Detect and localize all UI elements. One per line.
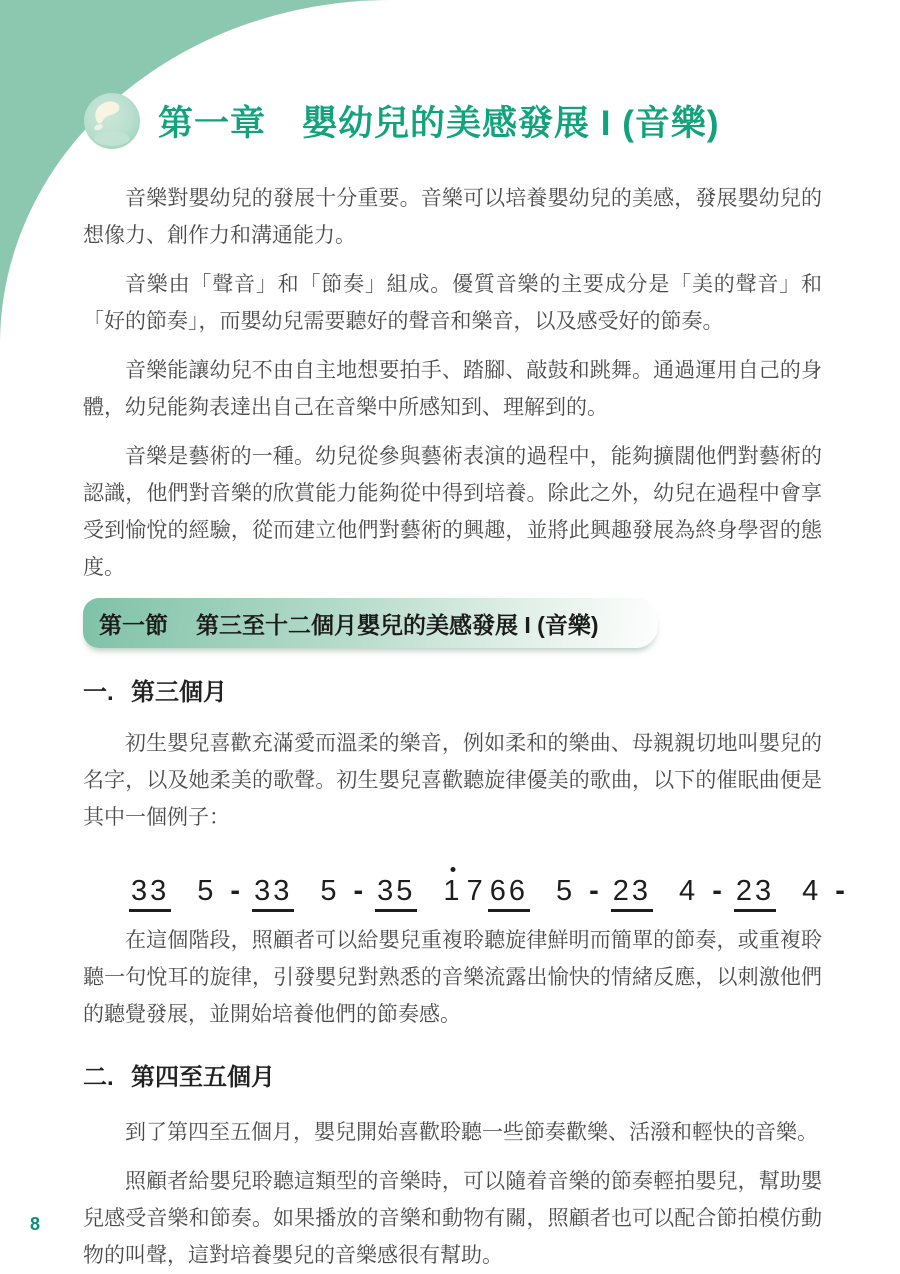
intro-paragraph: 音樂對嬰幼兒的發展十分重要。音樂可以培養嬰幼兒的美感，發展嬰幼兒的想像力、創作力… [83,180,822,254]
score-note: 33 [129,877,171,912]
page-number: 8 [30,1214,40,1235]
section-label: 第一節 [99,607,168,640]
page-root: { "page": { "number": "8" }, "colors": {… [0,0,900,1274]
chapter-heading: 第一章 嬰幼兒的美感發展 I (音樂) [83,0,822,150]
score-note: 5 [554,877,577,912]
score-note: 4 [800,877,823,912]
document-content: 第一章 嬰幼兒的美感發展 I (音樂) 音樂對嬰幼兒的發展十分重要。音樂可以培養… [0,0,900,1274]
score-note: 5 [318,877,341,912]
subsection-title: 第三個月 [131,672,227,707]
score-note: 1 [441,877,464,912]
section-title: 第三至十二個月嬰兒的美感發展 I (音樂) [196,607,599,640]
subsection-label: 一. [83,672,131,707]
score-note: 7 [465,877,488,912]
subsection-heading-2: 二. 第四至五個月 [83,1057,822,1092]
body-paragraph: 初生嬰兒喜歡充滿愛而溫柔的樂音，例如柔和的樂曲、母親親切地叫嬰兒的名字，以及她柔… [83,725,822,836]
body-paragraph: 照顧者給嬰兒聆聽這類型的音樂時，可以隨着音樂的節奏輕拍嬰兒，幫助嬰兒感受音樂和節… [83,1163,822,1274]
score-note: 5 [195,877,218,912]
score-note: 33 [252,877,294,912]
lullaby-score: 335-335-3517665-234-234- [129,852,822,912]
chapter-label: 第一章 [158,96,266,146]
chapter-title: 嬰幼兒的美感發展 I (音樂) [302,96,719,146]
intro-paragraph: 音樂由「聲音」和「節奏」組成。優質音樂的主要成分是「美的聲音」和「好的節奏」，而… [83,266,822,340]
body-paragraph: 在這個階段，照顧者可以給嬰兒重複聆聽旋律鮮明而簡單的節奏，或重複聆聽一句悅耳的旋… [83,922,822,1033]
score-dash: - [589,877,599,912]
body-paragraph: 到了第四至五個月，嬰兒開始喜歡聆聽一些節奏歡樂、活潑和輕快的音樂。 [83,1114,822,1151]
score-note: 35 [375,877,417,912]
section-heading-band: 第一節 第三至十二個月嬰兒的美感發展 I (音樂) [83,598,658,648]
score-note: 23 [611,877,653,912]
score-note: 66 [488,877,530,912]
score-note: 23 [734,877,776,912]
subsection-label: 二. [83,1057,131,1092]
subsection-title: 第四至五個月 [131,1057,275,1092]
bubble-icon [83,92,141,150]
score-dash: - [835,877,845,912]
subsection-heading-1: 一. 第三個月 [83,672,822,707]
score-dash: - [353,877,363,912]
score-note: 4 [677,877,700,912]
score-dash: - [230,877,240,912]
score-dash: - [712,877,722,912]
intro-paragraph: 音樂能讓幼兒不由自主地想要拍手、踏腳、敲鼓和跳舞。通過運用自己的身體，幼兒能夠表… [83,352,822,426]
intro-paragraph: 音樂是藝術的一種。幼兒從參與藝術表演的過程中，能夠擴闊他們對藝術的認識，他們對音… [83,438,822,586]
